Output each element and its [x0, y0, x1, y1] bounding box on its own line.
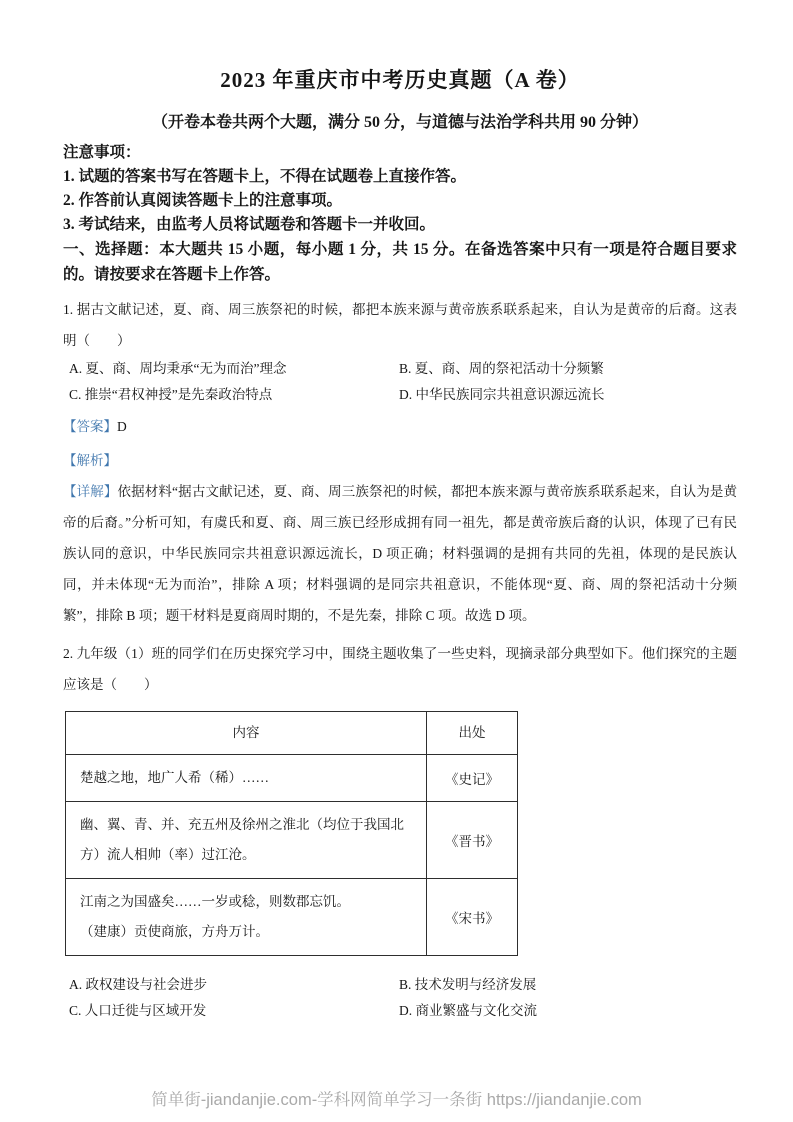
section-heading: 一、选择题：本大题共 15 小题，每小题 1 分，共 15 分。在备选答案中只有…: [63, 237, 737, 287]
notice-item-3: 3. 考试结来，由监考人员将试题卷和答题卡一并收回。: [63, 213, 737, 237]
notice-item-1: 1. 试题的答案书写在答题卡上，不得在试题卷上直接作答。: [63, 165, 737, 189]
table-cell-source-1: 《史记》: [427, 755, 518, 802]
question-1-option-a: A. 夏、商、周均秉承“无为而治”理念: [69, 356, 399, 382]
question-2-option-d: D. 商业繁盛与文化交流: [399, 998, 537, 1024]
table-cell-content-3: 江南之为国盛矣……一岁或稔，则数郡忘饥。 （建康）贡使商旅，方舟万计。: [66, 879, 427, 956]
question-2-option-a: A. 政权建设与社会进步: [69, 972, 399, 998]
table-row-2: 幽、翼、青、并、充五州及徐州之淮北（均位于我国北方）流人相帅（率）过江沧。 《晋…: [66, 802, 518, 879]
table-cell-content-2: 幽、翼、青、并、充五州及徐州之淮北（均位于我国北方）流人相帅（率）过江沧。: [66, 802, 427, 879]
analysis-label: 【解析】: [63, 453, 117, 468]
table-row-3: 江南之为国盛矣……一岁或稔，则数郡忘饥。 （建康）贡使商旅，方舟万计。 《宋书》: [66, 879, 518, 956]
question-2-option-b: B. 技术发明与经济发展: [399, 972, 536, 998]
answer-line: 【答案】D: [63, 411, 737, 442]
table-cell-source-2: 《晋书》: [427, 802, 518, 879]
table-cell-source-3: 《宋书》: [427, 879, 518, 956]
table-header-content: 内容: [66, 712, 427, 755]
answer-value: D: [117, 419, 127, 434]
question-1-option-d: D. 中华民族同宗共祖意识源远流长: [399, 382, 605, 408]
page-title: 2023 年重庆市中考历史真题（A 卷）: [63, 64, 737, 94]
exam-subtitle: （开卷本卷共两个大题，满分 50 分，与道德与法治学科共用 90 分钟）: [63, 109, 737, 132]
table-header-row: 内容 出处: [66, 712, 518, 755]
question-2-options-row-ab: A. 政权建设与社会进步 B. 技术发明与经济发展: [63, 972, 737, 998]
source-table: 内容 出处 楚越之地，地广人希（稀）…… 《史记》 幽、翼、青、并、充五州及徐州…: [65, 711, 518, 956]
question-2-stem: 2. 九年级（1）班的同学们在历史探究学习中，围绕主题收集了一些史料，现摘录部分…: [63, 638, 737, 700]
table-header-source: 出处: [427, 712, 518, 755]
detail-paragraph: 【详解】依据材料“据古文献记述，夏、商、周三族祭祀的时候，都把本族来源与黄帝族系…: [63, 476, 737, 631]
table-cell-content-1: 楚越之地，地广人希（稀）……: [66, 755, 427, 802]
footer-watermark: 简单街-jiandanjie.com-学科网简单学习一条街 https://ji…: [0, 1086, 793, 1110]
question-1-option-b: B. 夏、商、周的祭祀活动十分频繁: [399, 356, 604, 382]
detail-text: 依据材料“据古文献记述，夏、商、周三族祭祀的时候，都把本族来源与黄帝族系联系起来…: [63, 484, 737, 623]
table-row-1: 楚越之地，地广人希（稀）…… 《史记》: [66, 755, 518, 802]
question-1-option-c: C. 推崇“君权神授”是先秦政治特点: [69, 382, 399, 408]
analysis-line: 【解析】: [63, 445, 737, 476]
question-1-options-row-cd: C. 推崇“君权神授”是先秦政治特点 D. 中华民族同宗共祖意识源远流长: [63, 382, 737, 408]
question-2-option-c: C. 人口迁徙与区域开发: [69, 998, 399, 1024]
exam-document-page: 2023 年重庆市中考历史真题（A 卷） （开卷本卷共两个大题，满分 50 分，…: [0, 0, 793, 1122]
answer-label: 【答案】: [63, 419, 117, 434]
question-1-options-row-ab: A. 夏、商、周均秉承“无为而治”理念 B. 夏、商、周的祭祀活动十分频繁: [63, 356, 737, 382]
notice-heading: 注意事项：: [63, 141, 737, 165]
question-2-options-row-cd: C. 人口迁徙与区域开发 D. 商业繁盛与文化交流: [63, 998, 737, 1024]
detail-label: 【详解】: [63, 484, 118, 499]
notice-item-2: 2. 作答前认真阅读答题卡上的注意事项。: [63, 189, 737, 213]
question-1-stem: 1. 据古文献记述，夏、商、周三族祭祀的时候，都把本族来源与黄帝族系联系起来，自…: [63, 294, 737, 356]
